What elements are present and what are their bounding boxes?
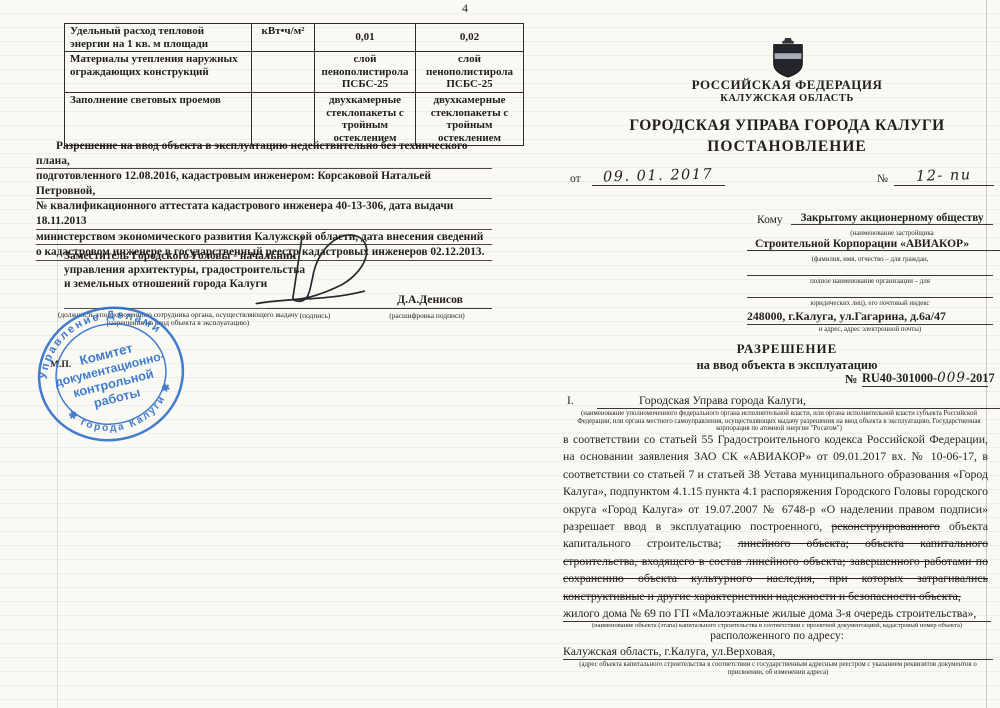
page-number: 4 [430,1,500,16]
object-name-line: жилого дома № 69 по ГП «Малоэтажные жилы… [563,606,991,622]
addressee-caption-4: юридических лиц), его почтовый индекс [747,300,993,308]
permit-number-prefix: RU40-301000- [862,371,937,385]
addressee-caption-3: полное наименование организации – для [747,278,993,286]
permit-number: RU40-301000-009-2017 [862,370,988,387]
permit-number-label: № [845,372,857,387]
date-field: 09. 01. 2017 [592,167,725,186]
addressee-blank-line [747,297,993,298]
table-cell-label: Заполнение световых проемов [65,92,252,145]
table-cell-unit: кВт•ч/м² [252,24,315,52]
spec-table: Удельный расход тепловой энергии на 1 кв… [64,23,524,146]
table-row: Материалы утепления наружных ограждающих… [65,52,524,93]
document-scan: 4 Удельный расход тепловой энергии на 1 … [0,0,1000,708]
located-label: расположенного по адресу: [563,630,991,642]
table-cell-value: двухкамерные стеклопакеты с тройным осте… [416,92,524,145]
object-name-caption: (наименование объекта (этапа) капитально… [563,622,991,629]
round-stamp: Управление Делами ✱ города Калуги ✱ Коми… [9,276,213,472]
body-part-1: в соответствии со статьей 55 Градостроит… [563,432,988,533]
name-caption: (расшифровка подписи) [362,311,492,320]
note-line: подготовленного 12.08.2016, кадастровым … [36,169,492,199]
addressee-address-line: 248000, г.Калуга, ул.Гагарина, д.6а/47 [747,309,993,325]
permit-number-suffix: -2017 [966,371,995,385]
table-cell-value: двухкамерные стеклопакеты с тройным осте… [315,92,416,145]
handwritten-date: 09. 01. 2017 [603,167,714,186]
issuing-authority-line: Городская Управа города Калуги, [597,393,1000,409]
permit-number-handwritten: 009 [937,370,966,386]
region-title: КАЛУЖСКАЯ ОБЛАСТЬ [574,93,1000,104]
table-cell-unit [252,92,315,145]
table-cell-value: слой пенополистирола ПСБС-25 [315,52,416,93]
object-address-caption: (адрес объекта капитального строительств… [563,661,993,676]
country-title: РОССИЙСКАЯ ФЕДЕРАЦИЯ [574,77,1000,93]
addressee-label: Кому [757,214,783,226]
document-type-title: ПОСТАНОВЛЕНИЕ [574,138,1000,156]
table-row: Удельный расход тепловой энергии на 1 кв… [65,24,524,52]
handwritten-number: 12- пи [916,167,972,184]
kaluga-coat-of-arms-icon [770,37,806,79]
addressee-blank-line [747,275,993,276]
addressee-caption-2: (фамилия, имя, отчество – для граждан, [747,256,993,264]
authority-title: ГОРОДСКАЯ УПРАВА ГОРОДА КАЛУГИ [574,117,1000,135]
table-cell-label: Материалы утепления наружных ограждающих… [65,52,252,93]
signature-caption: (подпись) [266,311,364,320]
handwritten-signature [248,226,383,321]
permit-body-text: в соответствии со статьей 55 Градостроит… [563,431,988,605]
date-label: от [570,173,581,185]
signature-line [266,308,364,309]
table-cell-label: Удельный расход тепловой энергии на 1 кв… [65,24,252,52]
note-line: Разрешение на ввод объекта в эксплуатаци… [36,139,492,169]
addressee-caption-1: (наименование застройщика [791,230,993,238]
body-strikethrough-1: реконструированного [831,519,939,533]
table-cell-value: 0,02 [416,24,524,52]
table-cell-value: слой пенополистирола ПСБС-25 [416,52,524,93]
name-line [362,308,492,309]
issuing-authority-caption: (наименование уполномоченного федерально… [566,410,992,433]
table-cell-unit [252,52,315,93]
object-address-line: Калужская область, г.Калуга, ул.Верховая… [563,644,993,660]
number-label: № [877,173,888,185]
permit-title: РАЗРЕШЕНИЕ [574,341,1000,357]
table-row: Заполнение световых проемов двухкамерные… [65,92,524,145]
item-1-roman: I. [567,395,574,407]
number-field: 12- пи [894,167,994,186]
addressee-caption-5: и адрес, адрес электронной почты) [747,326,993,334]
table-cell-value: 0,01 [315,24,416,52]
signer-name: Д.А.Денисов [368,293,492,306]
addressee-line-1: Закрытому акционерному обществу [791,212,993,225]
addressee-line-2: Строительной Корпорации «АВИАКОР» [747,238,1000,251]
